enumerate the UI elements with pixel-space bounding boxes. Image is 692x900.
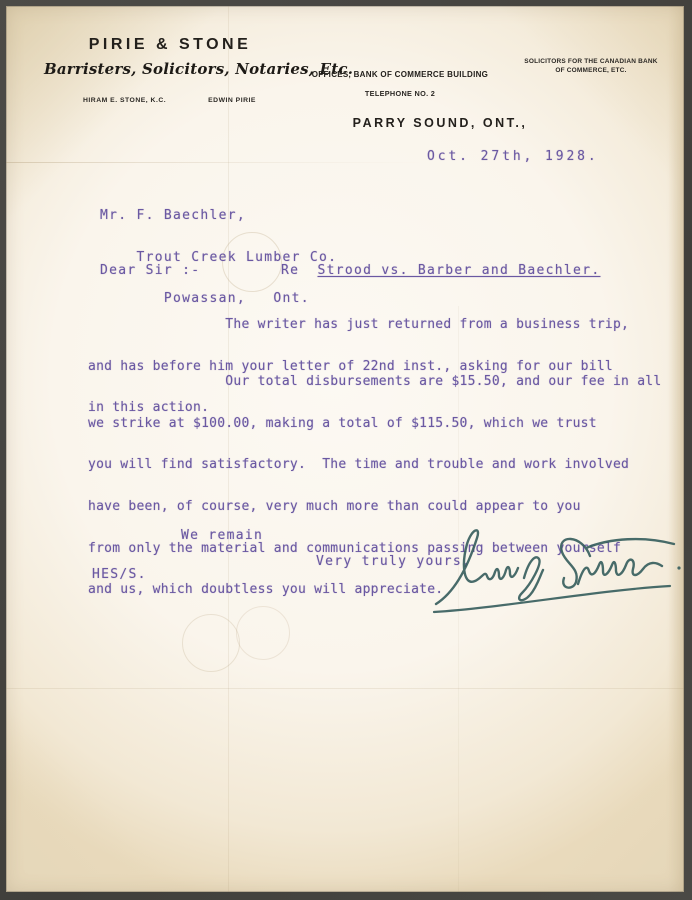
salutation: Dear Sir :- [100,264,200,278]
telephone-line: TELEPHONE NO. 2 [300,89,500,98]
horizontal-fold-crease-top [6,162,426,163]
paragraph-line: The writer has just returned from a busi… [88,318,629,332]
letter-paper: PIRIE & STONE Barristers, Solicitors, No… [6,6,684,892]
offices-line: OFFICES, BANK OF COMMERCE BUILDING [300,70,500,79]
solicitors-note: SOLICITORS FOR THE CANADIAN BANK OF COMM… [508,58,674,75]
paragraph-line: have been, of course, very much more tha… [88,500,661,514]
partner-name-stone: HIRAM E. STONE, K.C. [83,97,166,104]
partners-row: HIRAM E. STONE, K.C. EDWIN PIRIE [83,97,283,104]
reference-initials: HES/S. [92,568,147,582]
paragraph-3 [88,443,136,610]
solicitors-note-line2: OF COMMERCE, ETC. [508,67,674,76]
partner-name-pirie: EDWIN PIRIE [208,97,256,104]
horizontal-fold-crease-bottom [6,688,684,689]
re-subject: Strood vs. Barber and Baechler. [318,263,601,278]
letter-date: Oct. 27th, 1928. [427,150,599,164]
scan-border-frame: PIRIE & STONE Barristers, Solicitors, No… [0,0,692,900]
paragraph-line: we strike at $100.00, making a total of … [88,417,661,431]
paragraph-line: you will find satisfactory. The time and… [88,458,661,472]
paragraph-line: Our total disbursements are $15.50, and … [88,375,661,389]
re-line: Re Strood vs. Barber and Baechler. [281,264,600,278]
firm-name: PIRIE & STONE [88,36,252,54]
closing-line: We remain [181,529,263,543]
handwritten-signature [430,526,686,626]
recipient-name: Mr. F. Baechler, [100,209,337,223]
city-line: PARRY SOUND, ONT., [340,116,540,130]
solicitors-note-line1: SOLICITORS FOR THE CANADIAN BANK [508,58,674,67]
re-prefix: Re [281,263,318,278]
firm-subtitle: Barristers, Solicitors, Notaries, Etc. [44,60,264,78]
